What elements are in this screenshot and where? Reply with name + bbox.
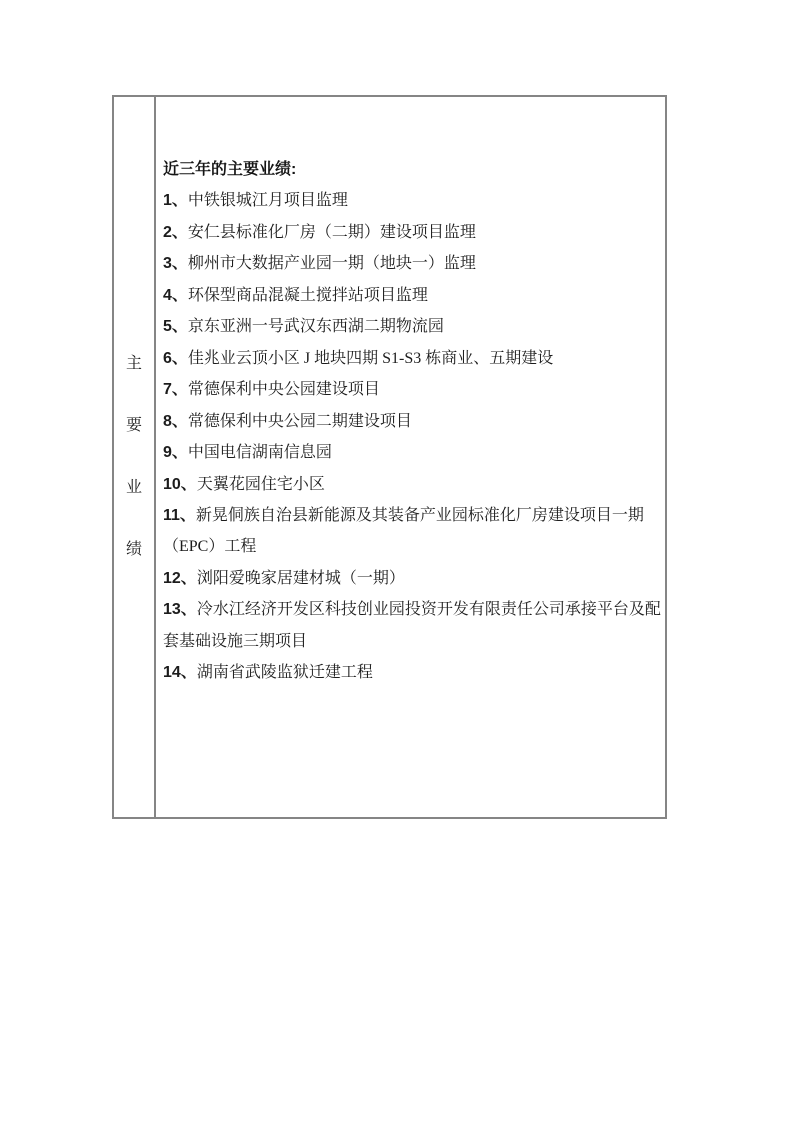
list-item: 11、新晃侗族自治县新能源及其装备产业园标准化厂房建设项目一期（EPC）工程 [163, 500, 663, 563]
item-number: 3、 [163, 255, 188, 272]
list-item: 13、冷水江经济开发区科技创业园投资开发有限责任公司承接平台及配套基础设施三期项… [163, 594, 663, 657]
item-text: 常德保利中央公园二期建设项目 [188, 413, 412, 430]
row-header-char: 业 [126, 480, 142, 496]
item-text: 环保型商品混凝土搅拌站项目监理 [188, 287, 428, 304]
list-item: 10、天翼花园住宅小区 [163, 469, 663, 500]
item-number: 7、 [163, 381, 188, 398]
item-number: 5、 [163, 318, 188, 335]
list-item: 12、浏阳爱晚家居建材城（一期） [163, 563, 663, 594]
item-number: 9、 [163, 444, 188, 461]
list-item: 4、环保型商品混凝土搅拌站项目监理 [163, 280, 663, 311]
item-number: 12、 [163, 570, 197, 587]
row-header-cell: 主 要 业 绩 [114, 97, 156, 817]
item-number: 6、 [163, 350, 188, 367]
item-text: 佳兆业云顶小区 J 地块四期 S1-S3 栋商业、五期建设 [188, 350, 553, 367]
item-text: 冷水江经济开发区科技创业园投资开发有限责任公司承接平台及配套基础设施三期项目 [163, 601, 661, 649]
item-text: 柳州市大数据产业园一期（地块一）监理 [188, 255, 476, 272]
list-item: 9、中国电信湖南信息园 [163, 437, 663, 468]
achievements-cell: 近三年的主要业绩: 1、中铁银城江月项目监理 2、安仁县标准化厂房（二期）建设项… [156, 97, 665, 817]
item-text: 新晃侗族自治县新能源及其装备产业园标准化厂房建设项目一期（EPC）工程 [163, 507, 644, 555]
row-header-char: 主 [126, 356, 142, 372]
item-number: 2、 [163, 224, 188, 241]
item-number: 11、 [163, 507, 196, 524]
list-item: 1、中铁银城江月项目监理 [163, 185, 663, 216]
list-item: 7、常德保利中央公园建设项目 [163, 374, 663, 405]
list-item: 2、安仁县标准化厂房（二期）建设项目监理 [163, 217, 663, 248]
achievements-table: 主 要 业 绩 近三年的主要业绩: 1、中铁银城江月项目监理 2、安仁县标准化厂… [112, 95, 667, 819]
section-heading: 近三年的主要业绩: [163, 154, 663, 185]
item-number: 1、 [163, 192, 188, 209]
item-text: 湖南省武陵监狱迁建工程 [197, 664, 373, 681]
item-text: 中铁银城江月项目监理 [188, 192, 348, 209]
list-item: 5、京东亚洲一号武汉东西湖二期物流园 [163, 311, 663, 342]
row-header-char: 绩 [126, 542, 142, 558]
document-page: 主 要 业 绩 近三年的主要业绩: 1、中铁银城江月项目监理 2、安仁县标准化厂… [0, 0, 793, 1122]
item-number: 10、 [163, 476, 197, 493]
list-item: 14、湖南省武陵监狱迁建工程 [163, 657, 663, 688]
item-text: 常德保利中央公园建设项目 [188, 381, 380, 398]
item-number: 8、 [163, 413, 188, 430]
item-text: 中国电信湖南信息园 [188, 444, 332, 461]
item-text: 京东亚洲一号武汉东西湖二期物流园 [188, 318, 444, 335]
list-item: 8、常德保利中央公园二期建设项目 [163, 406, 663, 437]
item-number: 13、 [163, 601, 197, 618]
item-number: 4、 [163, 287, 188, 304]
item-number: 14、 [163, 664, 197, 681]
row-header-char: 要 [126, 418, 142, 434]
item-text: 天翼花园住宅小区 [197, 476, 325, 493]
item-text: 安仁县标准化厂房（二期）建设项目监理 [188, 224, 476, 241]
list-item: 6、佳兆业云顶小区 J 地块四期 S1-S3 栋商业、五期建设 [163, 343, 663, 374]
list-item: 3、柳州市大数据产业园一期（地块一）监理 [163, 248, 663, 279]
item-text: 浏阳爱晚家居建材城（一期） [197, 570, 405, 587]
